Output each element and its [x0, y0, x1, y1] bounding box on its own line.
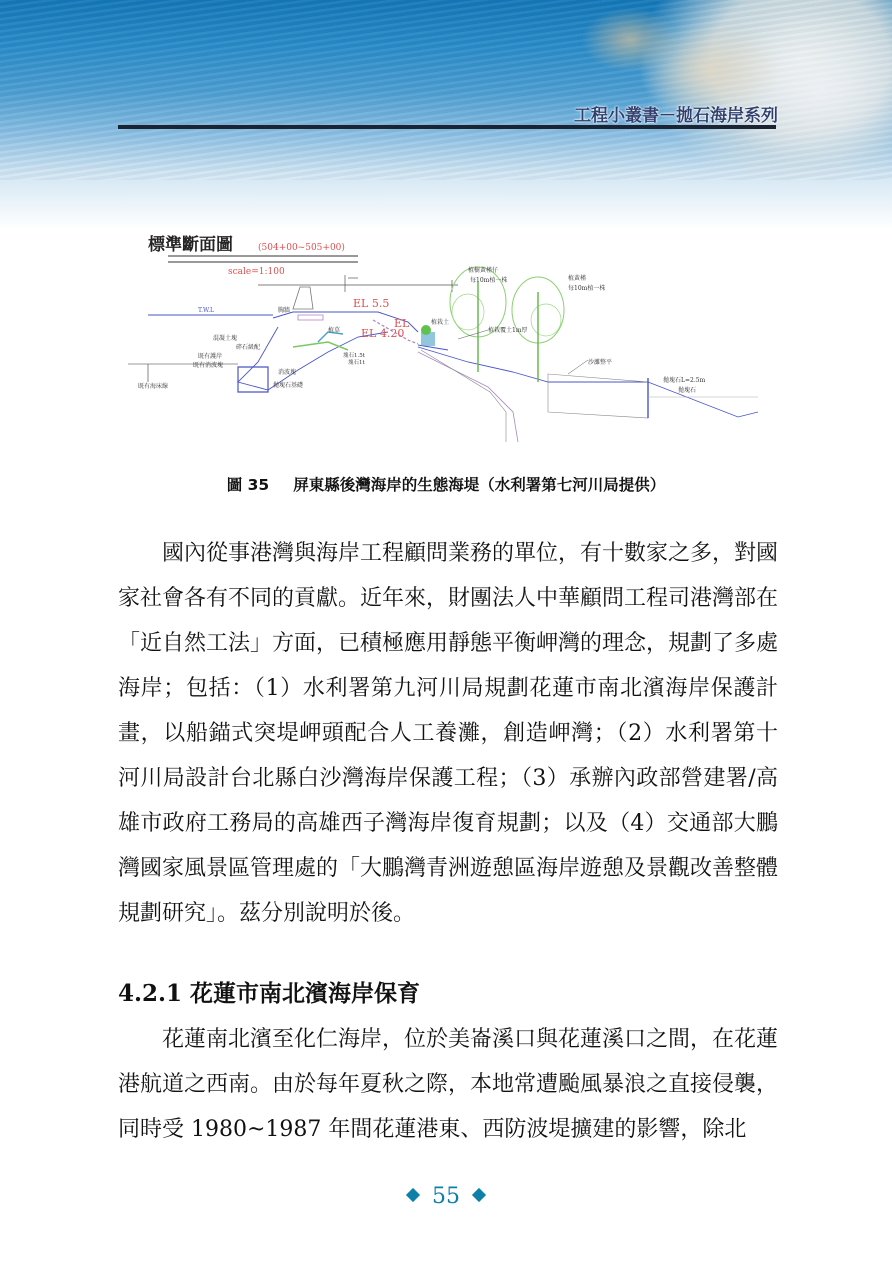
riprap-label: 拋塊石 [678, 386, 696, 394]
header-rocks-photo [560, 0, 892, 190]
riprap-thickness-label: 拋塊石L=2.5m [663, 376, 706, 384]
body-paragraph-1-container: 國內從事港灣與海岸工程顧問業務的單位，有十數家之多，對國家社會各有不同的貢獻。近… [118, 531, 778, 936]
sand-fill-label: 沙灘整平 [588, 358, 612, 366]
armor-label: 消波塊 [278, 368, 296, 376]
rock-weight-2-label: 塊石1t [348, 358, 365, 366]
tree-2-label: 植黃槿 [568, 274, 586, 282]
elevation-top: EL 5.5 [353, 297, 389, 310]
page-footer: 55 [0, 1184, 892, 1209]
drawing-title: 標準斷面圖 [148, 234, 233, 255]
diamond-icon [472, 1188, 486, 1202]
section-heading: 4.2.1 花蓮市南北濱海岸保育 [118, 975, 420, 1008]
existing-seabed-label: 既有海床線 [138, 382, 168, 390]
turf-label: 植草 [328, 326, 340, 334]
body-paragraph-1: 國內從事港灣與海岸工程顧問業務的單位，有十數家之多，對國家社會各有不同的貢獻。近… [118, 531, 778, 936]
cross-section-drawing: 標準斷面圖 (504+00~505+00) scale=1:100 T.W.L … [118, 212, 778, 452]
tree-1-label: 植樹黃槿仔 [468, 266, 498, 274]
concrete-block-label: 混凝土塊 [213, 334, 237, 342]
station-range: (504+00~505+00) [258, 242, 345, 253]
figure-caption: 圖 35屏東縣後灣海岸的生態海堤（水利署第七河川局提供） [0, 473, 892, 495]
sea-level-label: T.W.L [198, 307, 214, 314]
filter-label: 碎石級配 [236, 343, 260, 351]
figure-caption-text: 屏東縣後灣海岸的生態海堤（水利署第七河川局提供） [293, 476, 665, 494]
figure-number: 圖 35 [227, 476, 269, 494]
scale-label: scale=1:100 [228, 267, 285, 277]
toe-2-label: 拋塊石基礎 [273, 381, 304, 389]
existing-seawall-label: 既有護岸 [198, 352, 222, 360]
body-paragraph-2-container: 花蓮南北濱至化仁海岸，位於美崙溪口與花蓮溪口之間，在花蓮港航道之西南。由於每年夏… [118, 1017, 778, 1152]
tree-1-spacing: 每10m植一株 [470, 276, 507, 284]
wave-wall-label: 胸牆 [278, 306, 290, 314]
elevation-low: EL 4.20 [361, 327, 404, 340]
body-paragraph-2: 花蓮南北濱至化仁海岸，位於美崙溪口與花蓮溪口之間，在花蓮港航道之西南。由於每年夏… [118, 1017, 778, 1152]
tree-2-spacing: 每10m植一株 [568, 284, 605, 292]
figure-cross-section: 標準斷面圖 (504+00~505+00) scale=1:100 T.W.L … [118, 212, 778, 452]
red-label: 植栽土 [431, 318, 449, 326]
toe-1-label: 既有消波塊 [193, 361, 223, 369]
grass-slope-label: 植栽覆土1m厚 [488, 326, 528, 334]
page-number: 55 [432, 1184, 460, 1209]
series-title: 工程小叢書－拋石海岸系列 [574, 101, 778, 126]
rock-weight-1-label: 塊石1.5t [343, 351, 366, 359]
diamond-icon [406, 1188, 420, 1202]
header-rule [118, 125, 776, 129]
